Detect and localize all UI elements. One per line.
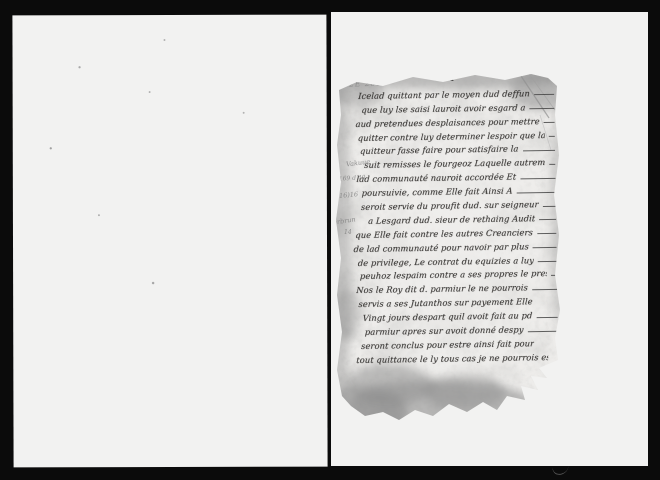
manuscript-lines: Icelad quittant par le moyen dud deffunq…: [335, 84, 558, 365]
line-filler-rule: [534, 94, 554, 95]
folio-number: 54: [443, 73, 455, 84]
left-page: [12, 15, 327, 468]
manuscript-sheet: 2E 2686 54 Icelad quittant par le moyen …: [335, 60, 577, 452]
line-filler-rule: [520, 178, 555, 180]
margin-note: 16)16: [339, 190, 359, 200]
line-filler-rule: [549, 136, 555, 137]
line-filler-rule: [532, 289, 557, 290]
scanner-hair: [551, 464, 568, 476]
line-filler-rule: [536, 316, 557, 317]
line-filler-rule: [537, 233, 556, 234]
line-filler-rule: [528, 330, 558, 331]
line-filler-rule: [538, 261, 557, 262]
right-page: 2E 2686 54 Icelad quittant par le moyen …: [331, 12, 648, 466]
line-filler-rule: [529, 108, 554, 109]
line-filler-rule: [551, 275, 557, 276]
line-filler-rule: [539, 219, 556, 220]
line-filler-rule: [543, 205, 556, 206]
line-filler-rule: [523, 150, 556, 152]
line-filler-rule: [533, 247, 557, 248]
line-filler-rule: [549, 164, 555, 165]
line-filler-rule: [517, 191, 556, 193]
line-filler-rule: [544, 122, 555, 123]
scanner-bed: 2E 2686 54 Icelad quittant par le moyen …: [0, 0, 660, 480]
margin-note: 14: [344, 229, 352, 236]
line-filler-rule: [537, 303, 558, 304]
line-filler-rule: [538, 344, 558, 345]
line-filler-rule: [552, 358, 558, 359]
